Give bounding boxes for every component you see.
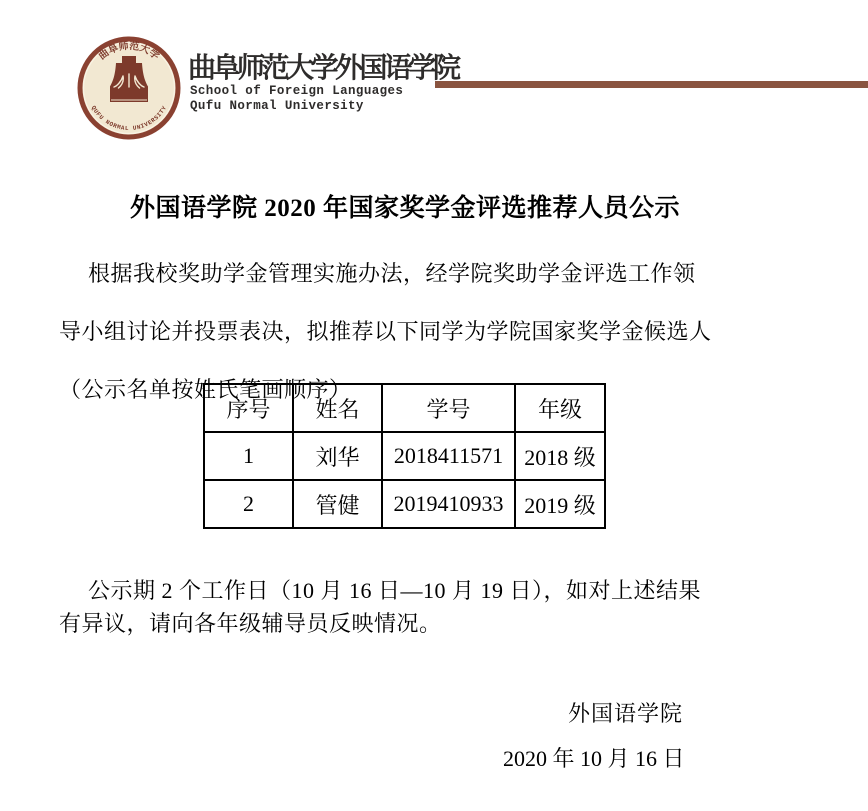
- column-header-index: 序号: [204, 384, 293, 432]
- announcement-document: 曲阜师范大学 QUFU NORMAL UNIVERSITY 1955 曲阜师范大…: [0, 0, 868, 811]
- cell-grade: 2018 级: [515, 432, 605, 480]
- paragraph1-line2: 导小组讨论并投票表决，拟推荐以下同学为学院国家奖学金候选人: [59, 315, 712, 346]
- cell-index: 2: [204, 480, 293, 528]
- cell-name: 刘华: [293, 432, 382, 480]
- table-row: 1 刘华 2018411571 2018 级: [204, 432, 605, 480]
- closing-line2: 有异议，请向各年级辅导员反映情况。: [59, 607, 442, 638]
- organization-name-chinese: 曲阜师范大学外国语学院: [188, 46, 458, 86]
- paragraph1-line1: 根据我校奖助学金管理实施办法，经学院奖助学金评选工作领: [88, 257, 696, 288]
- cell-grade: 2019 级: [515, 480, 605, 528]
- cell-student-id: 2019410933: [382, 480, 515, 528]
- cell-name: 管健: [293, 480, 382, 528]
- cell-student-id: 2018411571: [382, 432, 515, 480]
- column-header-grade: 年级: [515, 384, 605, 432]
- university-seal-logo: 曲阜师范大学 QUFU NORMAL UNIVERSITY 1955: [77, 36, 181, 140]
- closing-line1: 公示期 2 个工作日（10 月 16 日—10 月 19 日），如对上述结果: [88, 574, 701, 605]
- organization-name-english-line1: School of Foreign Languages: [190, 84, 403, 98]
- letterhead-rule: [435, 81, 868, 88]
- cell-index: 1: [204, 432, 293, 480]
- document-title: 外国语学院 2020 年国家奖学金评选推荐人员公示: [0, 188, 810, 224]
- seal-icon: 曲阜师范大学 QUFU NORMAL UNIVERSITY 1955: [77, 36, 181, 140]
- organization-name-english-line2: Qufu Normal University: [190, 99, 364, 113]
- signature-organization: 外国语学院: [568, 697, 683, 728]
- seal-year-text: 1955: [120, 105, 139, 113]
- column-header-student-id: 学号: [382, 384, 515, 432]
- column-header-name: 姓名: [293, 384, 382, 432]
- candidate-table: 序号 姓名 学号 年级 1 刘华 2018411571 2018 级 2 管健 …: [203, 383, 606, 529]
- table-row: 2 管健 2019410933 2019 级: [204, 480, 605, 528]
- signature-date: 2020 年 10 月 16 日: [503, 742, 685, 773]
- table-header-row: 序号 姓名 学号 年级: [204, 384, 605, 432]
